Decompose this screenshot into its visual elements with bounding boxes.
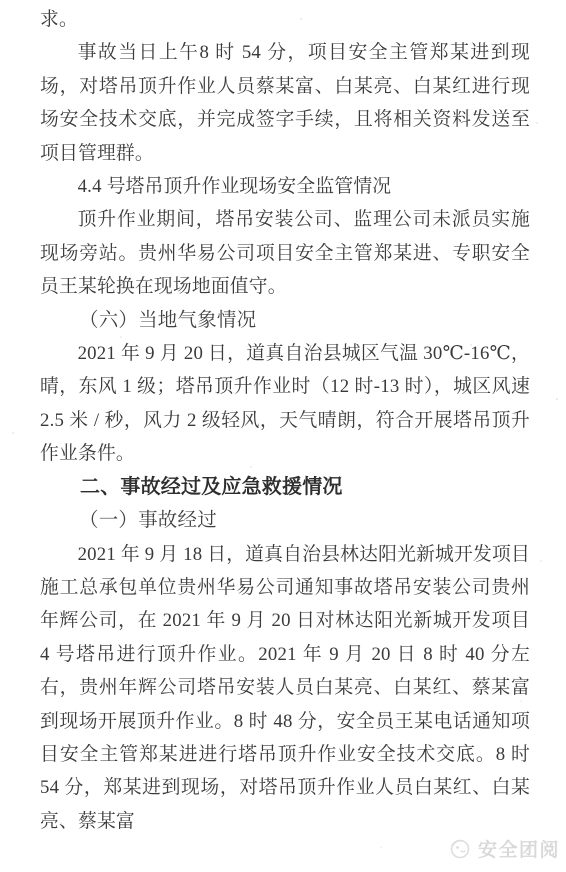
chapter-heading-accident-course: 二、事故经过及应急救援情况 xyxy=(40,471,530,504)
report-body: 求。 事故当日上午8 时 54 分，项目安全主管郑某进到现场，对塔吊顶升作业人员… xyxy=(40,3,530,838)
watermark-label: 安全团阅 xyxy=(478,835,560,862)
document-page: 求。 事故当日上午8 时 54 分，项目安全主管郑某进到现场，对塔吊顶升作业人员… xyxy=(0,0,566,872)
paragraph-continuation: 求。 xyxy=(40,3,530,36)
scan-noise xyxy=(0,0,2,2)
watermark: 安全团阅 xyxy=(448,834,560,862)
safety-logo-icon xyxy=(448,836,472,860)
body-paragraph: 2021 年 9 月 20 日，道真自治县城区气温 30℃-16℃，晴，东风 1… xyxy=(40,337,530,471)
section-heading-accident-course: （一）事故经过 xyxy=(40,504,530,537)
body-paragraph: 顶升作业期间，塔吊安装公司、监理公司未派员实施现场旁站。贵州华易公司项目安全主管… xyxy=(40,203,530,303)
section-heading-weather: （六）当地气象情况 xyxy=(40,304,530,337)
body-paragraph: 事故当日上午8 时 54 分，项目安全主管郑某进到现场，对塔吊顶升作业人员蔡某富… xyxy=(40,36,530,170)
numbered-subheading: 4.4 号塔吊顶升作业现场安全监管情况 xyxy=(40,170,530,203)
body-paragraph: 2021 年 9 月 18 日，道真自治县林达阳光新城开发项目施工总承包单位贵州… xyxy=(40,538,530,839)
